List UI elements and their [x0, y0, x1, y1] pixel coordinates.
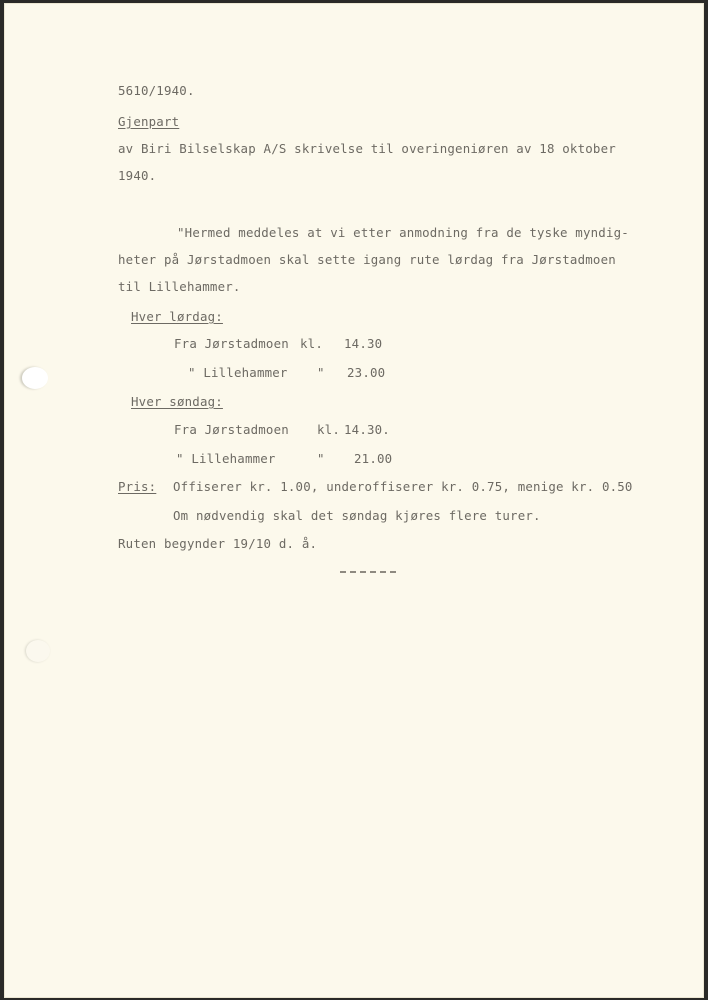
price-label: Pris:	[118, 479, 156, 494]
punch-hole	[26, 640, 50, 662]
body-line: "Hermed meddeles at vi etter anmodning f…	[177, 225, 629, 240]
extra-trips-line: Om nødvendig skal det søndag kjøres fler…	[173, 508, 541, 523]
schedule-kl: kl.	[317, 422, 340, 437]
schedule-from: Fra Jørstadmoen	[174, 336, 289, 351]
body-line: heter på Jørstadmoen skal sette igang ru…	[118, 252, 616, 267]
price-text: Offiserer kr. 1.00, underoffiserer kr. 0…	[173, 479, 633, 494]
intro-line: av Biri Bilselskap A/S skrivelse til ove…	[118, 141, 616, 156]
schedule-time: 23.00	[347, 365, 385, 380]
schedule-time: 14.30	[344, 336, 382, 351]
schedule-from: " Lillehammer	[188, 365, 288, 380]
schedule-day-label: Hver søndag:	[131, 394, 223, 409]
schedule-kl: "	[317, 451, 325, 466]
schedule-kl: kl.	[300, 336, 323, 351]
schedule-day-label: Hver lørdag:	[131, 309, 223, 324]
schedule-kl: "	[317, 365, 325, 380]
punch-hole	[22, 367, 48, 389]
intro-line: 1940.	[118, 168, 156, 183]
schedule-time: 14.30.	[344, 422, 390, 437]
schedule-from: Fra Jørstadmoen	[174, 422, 289, 437]
route-start-line: Ruten begynder 19/10 d. å.	[118, 536, 317, 551]
reference-number: 5610/1940.	[118, 83, 195, 98]
document-heading: Gjenpart	[118, 114, 179, 129]
schedule-time: 21.00	[354, 451, 392, 466]
document-page: 5610/1940. Gjenpart av Biri Bilselskap A…	[4, 3, 704, 998]
end-divider	[340, 571, 396, 573]
schedule-from: " Lillehammer	[176, 451, 276, 466]
body-line: til Lillehammer.	[118, 279, 241, 294]
